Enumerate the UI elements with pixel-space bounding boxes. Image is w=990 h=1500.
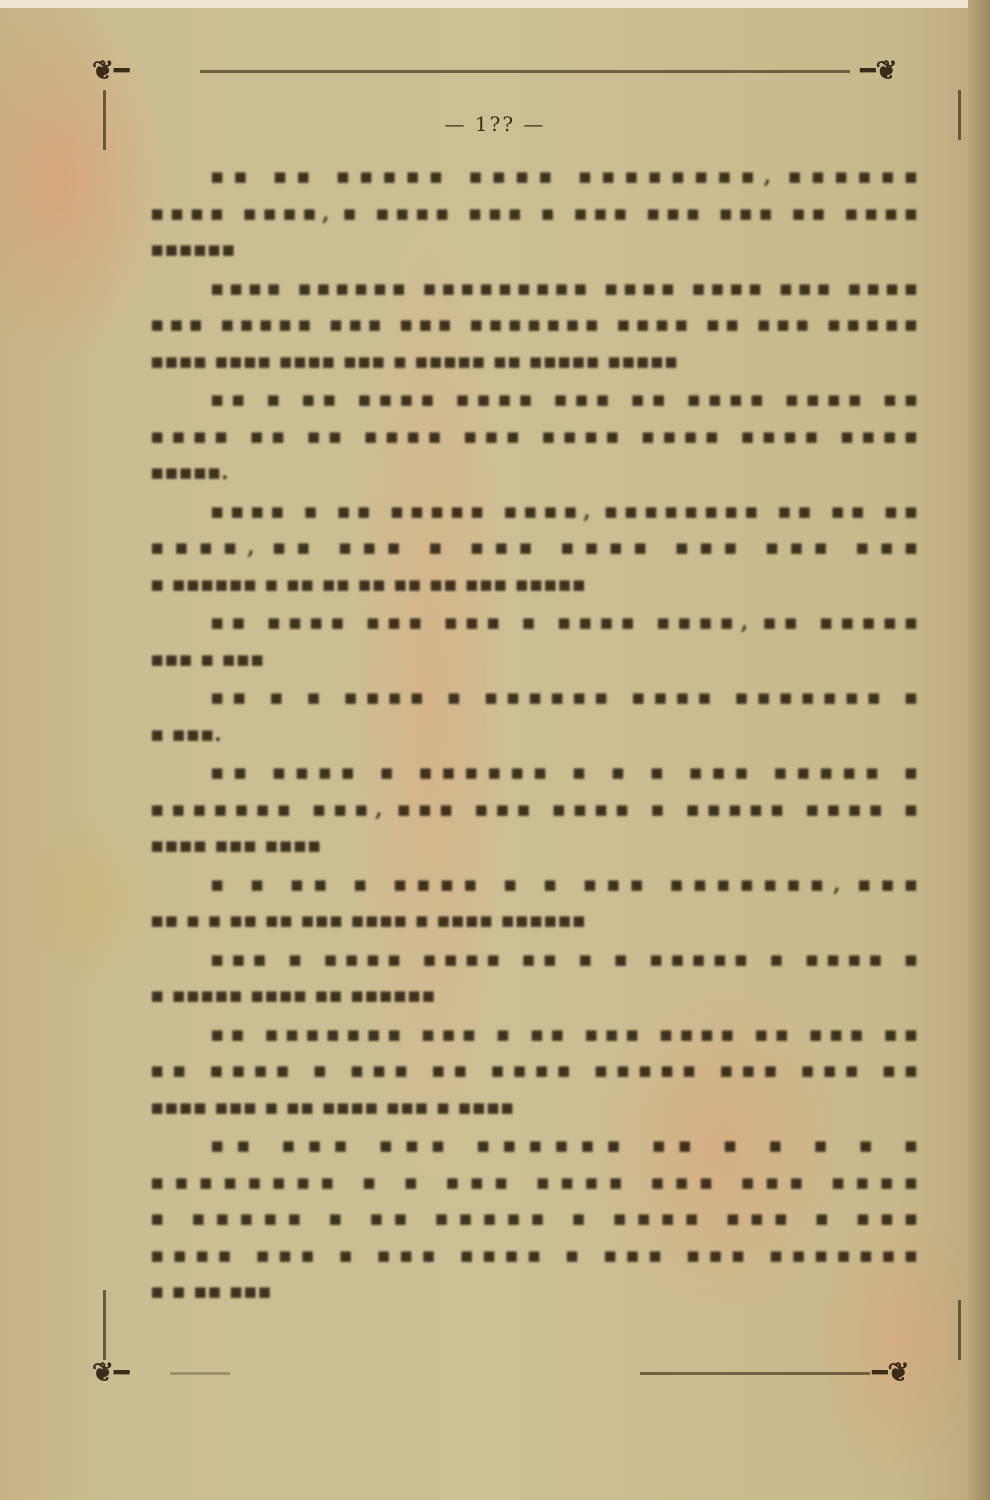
- page-right-edge: [968, 0, 990, 1500]
- ornament-bottom-right-icon: ━❦: [872, 1360, 909, 1386]
- text-line: ▪▪▪▪▪▪: [150, 231, 918, 268]
- scanned-page: ❦━ ━❦ ❦━ ━❦ — 1?? — ▪▪ ▪▪ ▪▪▪▪▪ ▪▪▪▪ ▪▪▪…: [0, 0, 990, 1500]
- text-line: ▪▪ ▪▪▪ ▪▪▪ ▪▪▪▪▪▪ ▪▪ ▪ ▪ ▪ ▪ ▪: [150, 1127, 918, 1164]
- text-line: ▪ ▪ ▪▪ ▪▪▪: [150, 1273, 918, 1310]
- top-rule: [200, 70, 850, 73]
- text-line: ▪▪ ▪ ▪ ▪▪▪▪ ▪ ▪▪▪▪▪▪ ▪▪▪▪ ▪▪▪▪▪▪▪ ▪: [150, 679, 918, 716]
- right-frame-line-bottom: [958, 1300, 961, 1360]
- paragraph: ▪▪ ▪▪ ▪▪▪▪▪ ▪▪▪▪ ▪▪▪▪▪▪▪▪, ▪▪▪▪▪▪▪▪▪▪ ▪▪…: [150, 158, 918, 268]
- text-line: ▪▪ ▪▪ ▪▪▪▪▪ ▪▪▪▪ ▪▪▪▪▪▪▪▪, ▪▪▪▪▪▪: [150, 158, 918, 195]
- ornament-top-left-icon: ❦━: [92, 58, 129, 84]
- text-line: ▪ ▪▪▪▪▪ ▪▪▪▪ ▪▪ ▪▪▪▪▪▪: [150, 977, 918, 1014]
- paragraph: ▪▪ ▪▪▪ ▪▪▪ ▪▪▪▪▪▪ ▪▪ ▪ ▪ ▪ ▪ ▪▪▪▪▪▪▪▪▪ ▪…: [150, 1127, 918, 1310]
- paragraph: ▪▪ ▪▪▪▪▪▪▪ ▪▪▪ ▪ ▪▪ ▪▪▪ ▪▪▪▪ ▪▪ ▪▪▪ ▪▪▪▪…: [150, 1016, 918, 1126]
- paragraph: ▪▪ ▪▪▪▪ ▪ ▪▪▪▪▪▪ ▪ ▪ ▪ ▪▪▪ ▪▪▪▪▪ ▪▪▪▪▪▪▪…: [150, 754, 918, 864]
- text-line: ▪▪▪▪ ▪▪▪▪▪▪ ▪▪▪▪▪▪▪▪▪ ▪▪▪▪ ▪▪▪▪ ▪▪▪ ▪▪▪▪: [150, 270, 918, 307]
- text-line: ▪▪▪▪▪▪▪▪ ▪ ▪ ▪▪▪ ▪▪▪▪ ▪▪▪ ▪▪▪ ▪▪▪▪: [150, 1164, 918, 1201]
- paragraph: ▪▪ ▪▪▪▪ ▪▪▪ ▪▪▪ ▪ ▪▪▪▪ ▪▪▪▪, ▪▪ ▪▪▪▪▪▪▪▪…: [150, 604, 918, 677]
- paragraph: ▪▪ ▪ ▪ ▪▪▪▪ ▪ ▪▪▪▪▪▪ ▪▪▪▪ ▪▪▪▪▪▪▪ ▪▪ ▪▪▪…: [150, 679, 918, 752]
- ornament-top-right-icon: ━❦: [860, 58, 897, 84]
- text-line: ▪▪▪▪▪.: [150, 454, 918, 491]
- text-line: ▪▪ ▪ ▪ ▪▪ ▪▪ ▪▪▪ ▪▪▪▪ ▪ ▪▪▪▪ ▪▪▪▪▪▪: [150, 902, 918, 939]
- text-line: ▪▪▪▪ ▪▪▪ ▪ ▪▪▪ ▪▪▪▪ ▪ ▪▪▪ ▪▪▪ ▪▪▪▪▪▪▪: [150, 1237, 918, 1274]
- text-line: ▪▪ ▪▪▪▪ ▪ ▪▪▪▪▪▪ ▪ ▪ ▪ ▪▪▪ ▪▪▪▪▪ ▪: [150, 754, 918, 791]
- text-line: ▪▪▪▪, ▪▪ ▪▪▪ ▪ ▪▪▪ ▪▪▪▪ ▪▪▪ ▪▪▪ ▪▪▪: [150, 529, 918, 566]
- text-line: ▪ ▪▪▪▪▪ ▪ ▪▪ ▪▪▪▪▪ ▪ ▪▪▪▪ ▪▪▪ ▪ ▪▪▪: [150, 1200, 918, 1237]
- paragraph: ▪▪▪ ▪ ▪▪▪▪ ▪▪▪▪ ▪▪ ▪ ▪ ▪▪▪▪▪ ▪ ▪▪▪▪ ▪▪ ▪…: [150, 941, 918, 1014]
- text-line: ▪ ▪▪▪.: [150, 716, 918, 753]
- text-line: ▪▪▪ ▪ ▪▪▪▪ ▪▪▪▪ ▪▪ ▪ ▪ ▪▪▪▪▪ ▪ ▪▪▪▪ ▪: [150, 941, 918, 978]
- text-line: ▪▪▪▪ ▪▪▪ ▪▪▪▪: [150, 827, 918, 864]
- text-line: ▪▪▪▪ ▪▪▪▪, ▪ ▪▪▪▪ ▪▪▪ ▪ ▪▪▪ ▪▪▪ ▪▪▪ ▪▪ ▪…: [150, 195, 918, 232]
- text-line: ▪ ▪▪▪▪▪▪ ▪ ▪▪ ▪▪ ▪▪ ▪▪ ▪▪ ▪▪▪ ▪▪▪▪▪: [150, 566, 918, 603]
- text-line: ▪▪ ▪▪▪▪ ▪▪▪ ▪▪▪ ▪ ▪▪▪▪ ▪▪▪▪, ▪▪ ▪▪▪▪▪: [150, 604, 918, 641]
- paragraph: ▪▪▪▪ ▪ ▪▪ ▪▪▪▪▪ ▪▪▪▪, ▪▪▪▪▪▪▪▪ ▪▪ ▪▪ ▪▪▪…: [150, 493, 918, 603]
- text-line: ▪▪▪▪ ▪▪▪▪ ▪▪▪▪ ▪▪▪ ▪ ▪▪▪▪▪ ▪▪ ▪▪▪▪▪ ▪▪▪▪…: [150, 343, 918, 380]
- paragraph: ▪▪▪▪ ▪▪▪▪▪▪ ▪▪▪▪▪▪▪▪▪ ▪▪▪▪ ▪▪▪▪ ▪▪▪ ▪▪▪▪…: [150, 270, 918, 380]
- text-line: ▪▪▪ ▪ ▪▪▪: [150, 641, 918, 678]
- text-line: ▪▪▪▪ ▪▪ ▪▪ ▪▪▪▪ ▪▪▪ ▪▪▪▪ ▪▪▪▪ ▪▪▪▪ ▪▪▪▪: [150, 418, 918, 455]
- bottom-rule-left: [170, 1372, 230, 1375]
- scan-top-edge: [0, 0, 990, 8]
- text-line: ▪▪ ▪▪▪▪ ▪ ▪▪▪ ▪▪ ▪▪▪▪ ▪▪▪▪▪ ▪▪▪ ▪▪▪ ▪▪: [150, 1052, 918, 1089]
- ornament-bottom-left-icon: ❦━: [92, 1360, 129, 1386]
- text-line: ▪▪▪▪ ▪▪▪ ▪ ▪▪ ▪▪▪▪ ▪▪▪ ▪ ▪▪▪▪: [150, 1089, 918, 1126]
- page-body: ▪▪ ▪▪ ▪▪▪▪▪ ▪▪▪▪ ▪▪▪▪▪▪▪▪, ▪▪▪▪▪▪▪▪▪▪ ▪▪…: [150, 158, 918, 1312]
- text-line: ▪▪▪ ▪▪▪▪▪ ▪▪▪ ▪▪▪ ▪▪▪▪▪▪▪ ▪▪▪▪ ▪▪ ▪▪▪ ▪▪…: [150, 306, 918, 343]
- text-line: ▪▪ ▪ ▪▪ ▪▪▪▪ ▪▪▪▪ ▪▪▪ ▪▪ ▪▪▪▪ ▪▪▪▪ ▪▪: [150, 381, 918, 418]
- left-frame-line-bottom: [103, 1290, 106, 1360]
- text-line: ▪▪▪▪ ▪ ▪▪ ▪▪▪▪▪ ▪▪▪▪, ▪▪▪▪▪▪▪▪ ▪▪ ▪▪ ▪▪: [150, 493, 918, 530]
- text-line: ▪▪▪▪▪▪▪ ▪▪▪, ▪▪▪ ▪▪▪ ▪▪▪▪ ▪ ▪▪▪▪▪ ▪▪▪▪ ▪: [150, 791, 918, 828]
- bottom-rule-right: [640, 1372, 870, 1375]
- text-line: ▪ ▪ ▪▪ ▪ ▪▪▪▪ ▪ ▪ ▪▪▪ ▪▪▪▪▪▪▪, ▪▪▪: [150, 866, 918, 903]
- paragraph: ▪▪ ▪ ▪▪ ▪▪▪▪ ▪▪▪▪ ▪▪▪ ▪▪ ▪▪▪▪ ▪▪▪▪ ▪▪▪▪▪…: [150, 381, 918, 491]
- paragraph: ▪ ▪ ▪▪ ▪ ▪▪▪▪ ▪ ▪ ▪▪▪ ▪▪▪▪▪▪▪, ▪▪▪▪▪ ▪ ▪…: [150, 866, 918, 939]
- text-line: ▪▪ ▪▪▪▪▪▪▪ ▪▪▪ ▪ ▪▪ ▪▪▪ ▪▪▪▪ ▪▪ ▪▪▪ ▪▪: [150, 1016, 918, 1053]
- page-number-header: — 1?? —: [0, 112, 990, 136]
